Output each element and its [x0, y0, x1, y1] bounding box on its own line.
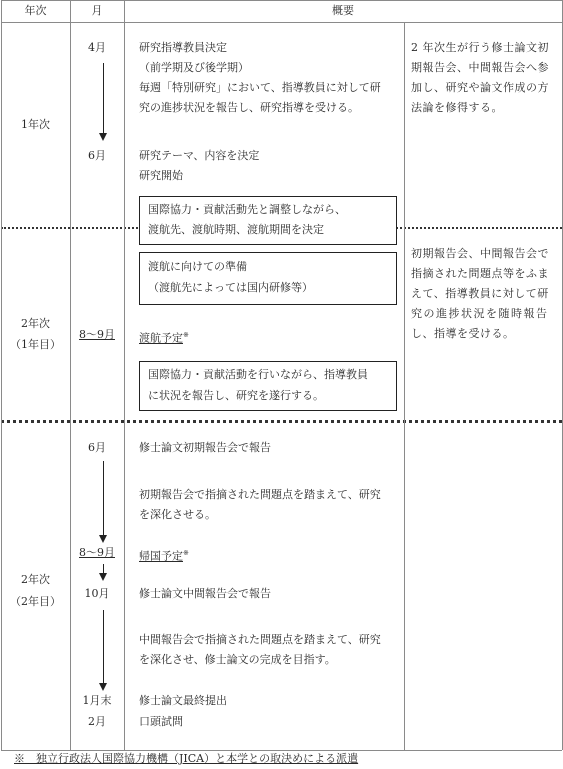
summary-line: 研究指導教員決定: [139, 38, 227, 58]
month-label: 10月: [70, 584, 124, 604]
section-divider-2: [1, 420, 562, 423]
header-year: 年次: [1, 1, 70, 21]
column-divider-month-summary: [124, 0, 125, 750]
summary-line: 修士論文中間報告会で報告: [139, 584, 271, 604]
footnote-text: 独立行政法人国際協力機構（JICA）と本学との取決めによる派遣: [36, 752, 358, 765]
year-sub-label: （1年目）: [1, 335, 70, 355]
month-label: 6月: [70, 146, 124, 166]
timeline-arrow-shaft: [103, 461, 104, 537]
note-line: し、指導を受ける。: [411, 324, 515, 344]
year-sub-label: （2年目）: [1, 592, 70, 612]
month-label: 6月: [70, 438, 124, 458]
month-label: 8〜9月: [70, 543, 124, 563]
return-plan-label: 帰国予定※: [139, 543, 189, 567]
year-label: 2年次: [1, 570, 70, 590]
year-label: 2年次: [1, 314, 70, 334]
summary-line: を深化させ、修士論文の完成を目指す。: [139, 650, 336, 670]
header-bottom-border: [1, 22, 562, 23]
month-label: 2月: [70, 712, 124, 732]
timeline-arrow-shaft: [103, 63, 104, 133]
footnote: ※ 独立行政法人国際協力機構（JICA）と本学との取決めによる派遣: [14, 749, 358, 769]
footnote-mark: ※: [183, 549, 189, 557]
note-line: 究の進捗状況を随時報告: [411, 304, 549, 324]
arrow-down-icon: [99, 683, 107, 691]
column-divider-summary-notes: [404, 22, 405, 750]
note-line: 初期報告会、中間報告会で: [411, 244, 549, 264]
arrow-down-icon: [99, 573, 107, 581]
summary-line: 帰国予定: [139, 550, 183, 563]
summary-line: （前学期及び後学期）: [139, 58, 249, 78]
box-line: 国際協力・貢献活動先と調整しながら、: [148, 200, 346, 220]
box-line: 渡航に向けての準備: [148, 257, 247, 277]
header-summary: 概要: [124, 1, 562, 21]
box-line: （渡航先によっては国内研修等）: [148, 278, 313, 298]
note-line: 法論を修得する。: [411, 98, 503, 118]
summary-line: 初期報告会で指摘された問題点を踏まえて、研究: [139, 485, 381, 505]
footnote-mark: ※: [183, 331, 189, 339]
month-label: 1月末: [70, 691, 124, 711]
year-label: 1年次: [1, 115, 70, 135]
table-left-border: [1, 0, 2, 750]
summary-line: 渡航予定: [139, 332, 183, 345]
summary-line: 研究テーマ、内容を決定: [139, 146, 259, 166]
box-line: 国際協力・貢献活動を行いながら、指導教員: [148, 365, 368, 385]
summary-line: 究の進捗状況を報告し、研究指導を受ける。: [139, 98, 359, 118]
activity-coordination-box: 国際協力・貢献活動先と調整しながら、 渡航先、渡航時期、渡航期間を決定: [139, 196, 397, 245]
note-line: 加し、研究や論文作成の方: [411, 78, 549, 98]
note-line: 2 年次生が行う修士論文初: [411, 38, 549, 58]
header-month: 月: [70, 1, 124, 21]
travel-plan-label: 渡航予定※: [139, 325, 189, 349]
summary-line: 修士論文初期報告会で報告: [139, 438, 271, 458]
note-line: えて、指導教員に対して研: [411, 284, 549, 304]
travel-preparation-box: 渡航に向けての準備 （渡航先によっては国内研修等）: [139, 252, 397, 305]
month-label: 8〜9月: [70, 325, 124, 345]
summary-line: 口頭試問: [139, 712, 183, 732]
box-line: に状況を報告し、研究を遂行する。: [148, 386, 324, 406]
column-divider-year-month: [70, 0, 71, 750]
arrow-down-icon: [99, 133, 107, 141]
summary-line: 中間報告会で指摘された問題点を踏まえて、研究: [139, 630, 381, 650]
timeline-arrow-shaft: [103, 610, 104, 685]
activity-reporting-box: 国際協力・貢献活動を行いながら、指導教員 に状況を報告し、研究を遂行する。: [139, 361, 397, 411]
summary-line: 研究開始: [139, 166, 183, 186]
summary-line: 毎週「特別研究」において、指導教員に対して研: [139, 78, 381, 98]
summary-line: を深化させる。: [139, 505, 216, 525]
month-label: 4月: [70, 38, 124, 58]
arrow-down-icon: [99, 535, 107, 543]
note-line: 期報告会、中間報告会へ参: [411, 58, 549, 78]
box-line: 渡航先、渡航時期、渡航期間を決定: [148, 220, 324, 240]
summary-line: 修士論文最終提出: [139, 691, 227, 711]
note-line: 指摘された問題点等をふま: [411, 264, 549, 284]
footnote-mark: ※: [14, 752, 25, 765]
